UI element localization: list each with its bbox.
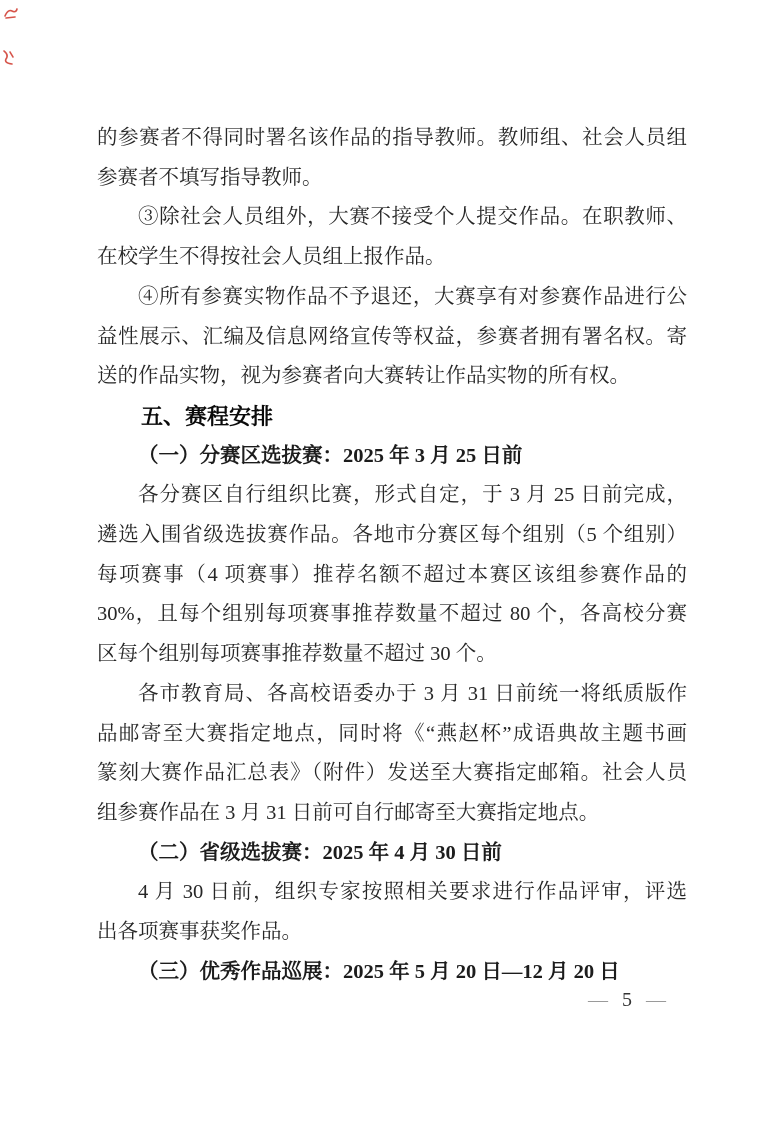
text-line: 组参赛作品在 3 月 31 日前可自行邮寄至大赛指定地点。 xyxy=(97,794,687,834)
sub-heading: （一）分赛区选拔赛：2025 年 3 月 25 日前 xyxy=(97,437,687,477)
text-line: 篆刻大赛作品汇总表》（附件）发送至大赛指定邮箱。社会人员 xyxy=(97,754,687,794)
red-scan-mark-icon xyxy=(1,49,15,67)
section-heading: 五、赛程安排 xyxy=(97,397,687,437)
text-line: 益性展示、汇编及信息网络宣传等权益，参赛者拥有署名权。寄 xyxy=(97,318,687,358)
text-line: 出各项赛事获奖作品。 xyxy=(97,913,687,953)
text-line: 30%，且每个组别每项赛事推荐数量不超过 80 个，各高校分赛 xyxy=(97,595,687,635)
red-scan-mark-icon xyxy=(3,6,19,20)
text-line: 在校学生不得按社会人员组上报作品。 xyxy=(97,238,687,278)
document-page: 的参赛者不得同时署名该作品的指导教师。教师组、社会人员组 参赛者不填写指导教师。… xyxy=(0,0,782,1123)
text-line: 送的作品实物，视为参赛者向大赛转让作品实物的所有权。 xyxy=(97,357,687,397)
text-line: 区每个组别每项赛事推荐数量不超过 30 个。 xyxy=(97,635,687,675)
text-line: 各市教育局、各高校语委办于 3 月 31 日前统一将纸质版作 xyxy=(97,675,687,715)
text-line: 4 月 30 日前，组织专家按照相关要求进行作品评审，评选 xyxy=(97,873,687,913)
text-line: 的参赛者不得同时署名该作品的指导教师。教师组、社会人员组 xyxy=(97,119,687,159)
text-line: 各分赛区自行组织比赛，形式自定，于 3 月 25 日前完成， xyxy=(97,476,687,516)
page-number-value: 5 xyxy=(622,989,632,1011)
sub-heading: （三）优秀作品巡展：2025 年 5 月 20 日—12 月 20 日 xyxy=(97,953,687,993)
document-body: 的参赛者不得同时署名该作品的指导教师。教师组、社会人员组 参赛者不填写指导教师。… xyxy=(97,119,687,992)
page-number-left-dash: — xyxy=(588,989,608,1011)
text-line: ④所有参赛实物作品不予退还，大赛享有对参赛作品进行公 xyxy=(97,278,687,318)
text-line: 遴选入围省级选拔赛作品。各地市分赛区每个组别（5 个组别） xyxy=(97,516,687,556)
text-line: 参赛者不填写指导教师。 xyxy=(97,159,687,199)
text-line: ③除社会人员组外，大赛不接受个人提交作品。在职教师、 xyxy=(97,198,687,238)
page-number: —5— xyxy=(588,989,666,1012)
page-number-right-dash: — xyxy=(646,989,666,1011)
text-line: 品邮寄至大赛指定地点，同时将《“燕赵杯”成语典故主题书画 xyxy=(97,715,687,755)
sub-heading: （二）省级选拔赛：2025 年 4 月 30 日前 xyxy=(97,834,687,874)
text-line: 每项赛事（4 项赛事）推荐名额不超过本赛区该组参赛作品的 xyxy=(97,556,687,596)
